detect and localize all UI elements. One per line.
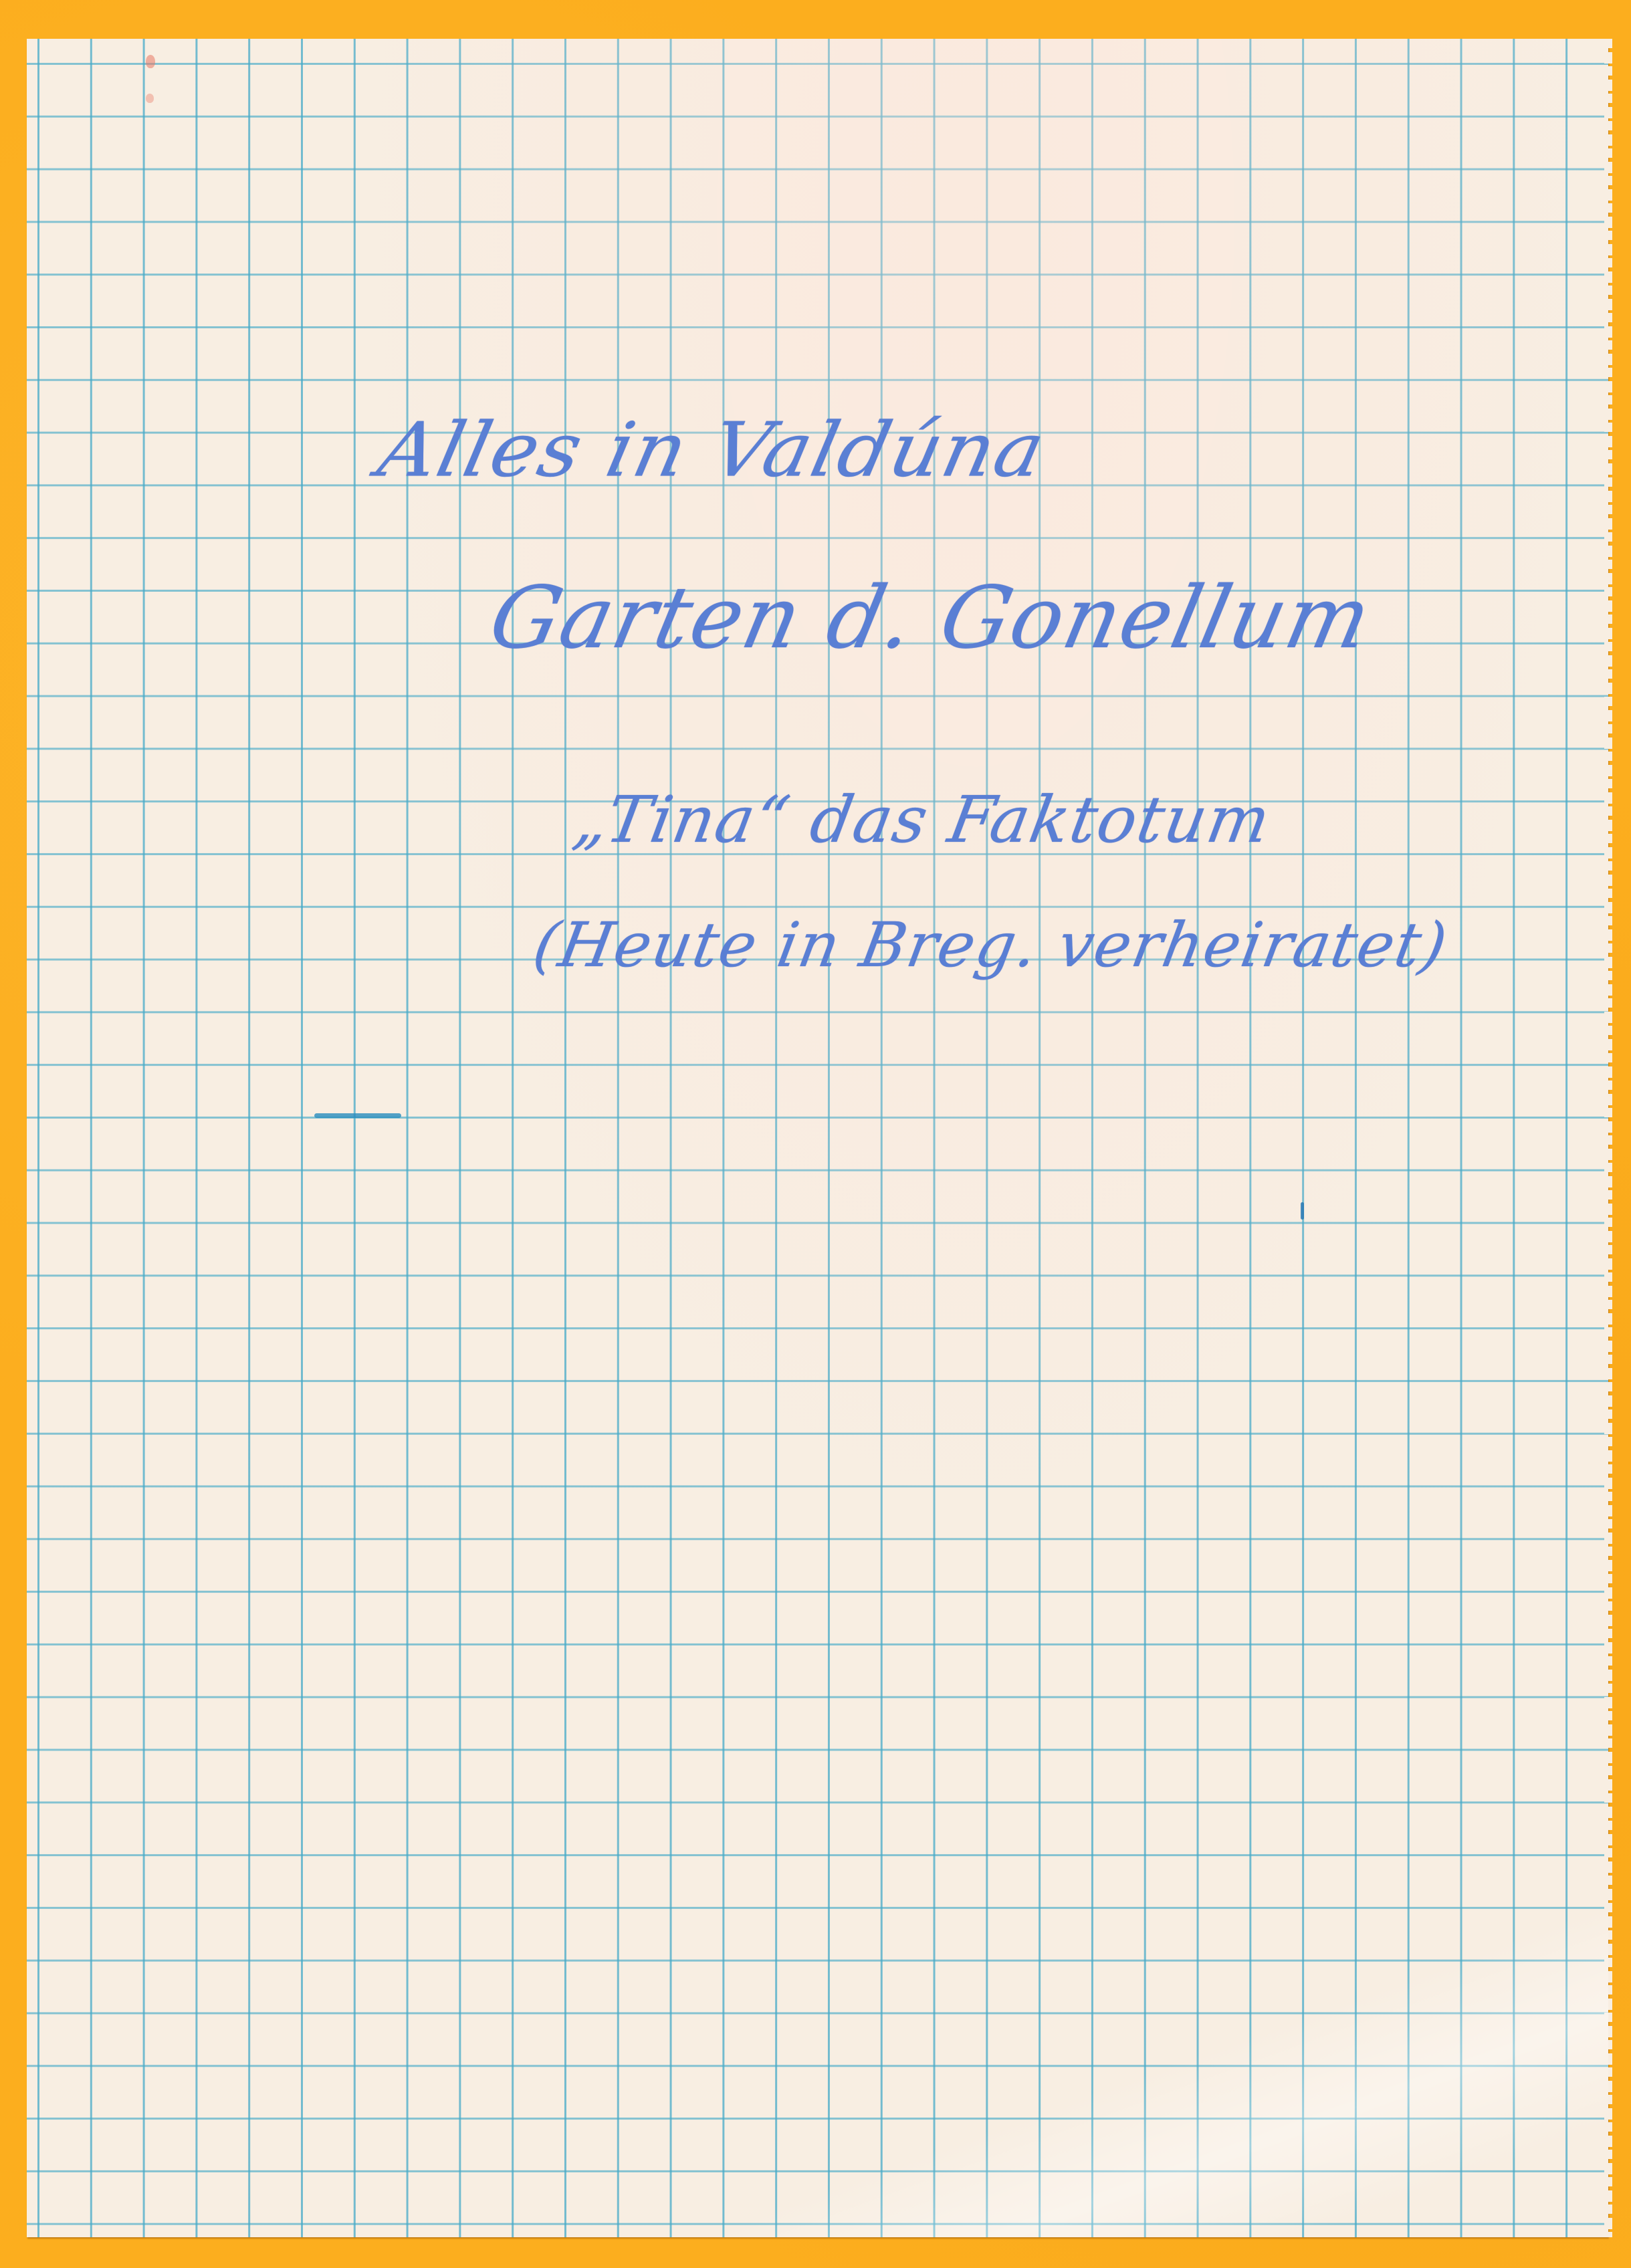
red-stain-mark (146, 94, 154, 103)
handwritten-line-2: Garten d. Gonellum (481, 568, 1380, 668)
red-stain-mark (146, 55, 155, 68)
torn-right-edge (1604, 39, 1612, 2237)
handwritten-line-3: „Tina“ das Faktotum (568, 782, 1277, 857)
graph-paper-sheet (27, 39, 1608, 2237)
handwritten-line-1: Alles in Valdúna (371, 406, 1053, 493)
ink-tick-mark (1301, 1202, 1304, 1220)
handwritten-line-4: (Heute in Breg. verheiratet) (528, 909, 1453, 981)
ink-dash-mark (314, 1113, 401, 1118)
